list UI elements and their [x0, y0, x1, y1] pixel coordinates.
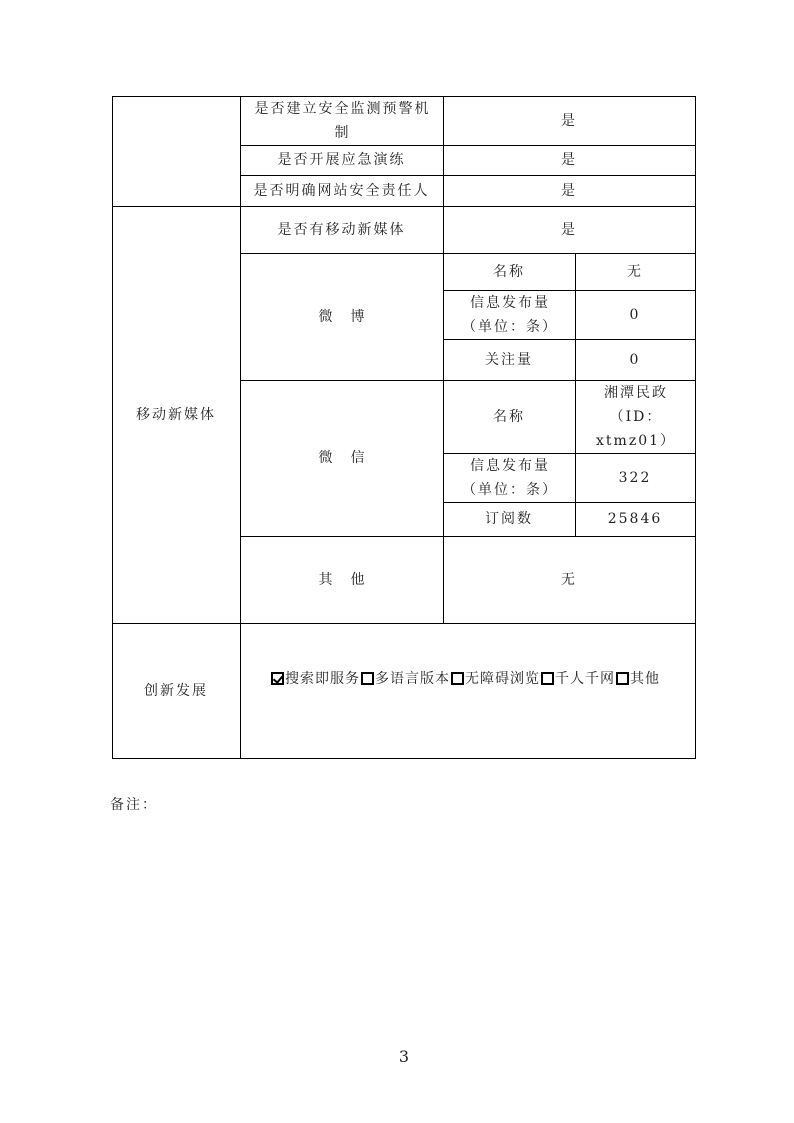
page-number: 3 — [0, 1047, 794, 1066]
weibo-followers-label: 关注量 — [443, 339, 575, 380]
wechat-label: 微信 — [240, 380, 443, 536]
other-media-label: 其他 — [240, 536, 443, 623]
weibo-posts-value: 0 — [575, 290, 695, 339]
security-officer-value: 是 — [443, 175, 695, 206]
weibo-name-value: 无 — [575, 253, 695, 290]
wechat-name-label: 名称 — [443, 380, 575, 453]
security-officer-label: 是否明确网站安全责任人 — [240, 175, 443, 206]
table-border — [112, 758, 696, 759]
weibo-name-label: 名称 — [443, 253, 575, 290]
weibo-label: 微博 — [240, 253, 443, 380]
wechat-posts-label: 信息发布量（单位：条） — [455, 453, 565, 502]
checkbox-multilingual[interactable] — [361, 672, 374, 685]
security-monitoring-label: 是否建立安全监测预警机制 — [250, 96, 435, 145]
wechat-posts-value: 322 — [575, 453, 695, 502]
checkbox-accessibility[interactable] — [451, 672, 464, 685]
wechat-name-value: 湘潭民政（ID：xtmz01） — [597, 380, 675, 453]
table-border — [695, 96, 696, 759]
innovation-section-label: 创新发展 — [112, 623, 240, 758]
emergency-drill-label: 是否开展应急演练 — [240, 145, 443, 175]
notes-label: 备注： — [110, 794, 158, 814]
has-mobile-media-label: 是否有移动新媒体 — [240, 206, 443, 253]
checkbox-search-service[interactable] — [271, 672, 284, 685]
has-mobile-media-value: 是 — [443, 206, 695, 253]
option-label: 多语言版本 — [375, 668, 450, 688]
wechat-subscribers-value: 25846 — [575, 502, 695, 536]
security-monitoring-value: 是 — [443, 96, 695, 145]
mobile-media-section-label: 移动新媒体 — [112, 206, 240, 623]
weibo-followers-value: 0 — [575, 339, 695, 380]
emergency-drill-value: 是 — [443, 145, 695, 175]
wechat-subscribers-label: 订阅数 — [443, 502, 575, 536]
innovation-options: 搜索即服务 多语言版本 无障碍浏览 千人千网 其他 — [270, 668, 660, 688]
other-media-value: 无 — [443, 536, 695, 623]
checkbox-other[interactable] — [616, 672, 629, 685]
checkbox-personalization[interactable] — [541, 672, 554, 685]
option-label: 无障碍浏览 — [465, 668, 540, 688]
option-label: 其他 — [630, 668, 660, 688]
weibo-posts-label: 信息发布量（单位：条） — [455, 290, 565, 339]
option-label: 千人千网 — [555, 668, 615, 688]
option-label: 搜索即服务 — [285, 668, 360, 688]
